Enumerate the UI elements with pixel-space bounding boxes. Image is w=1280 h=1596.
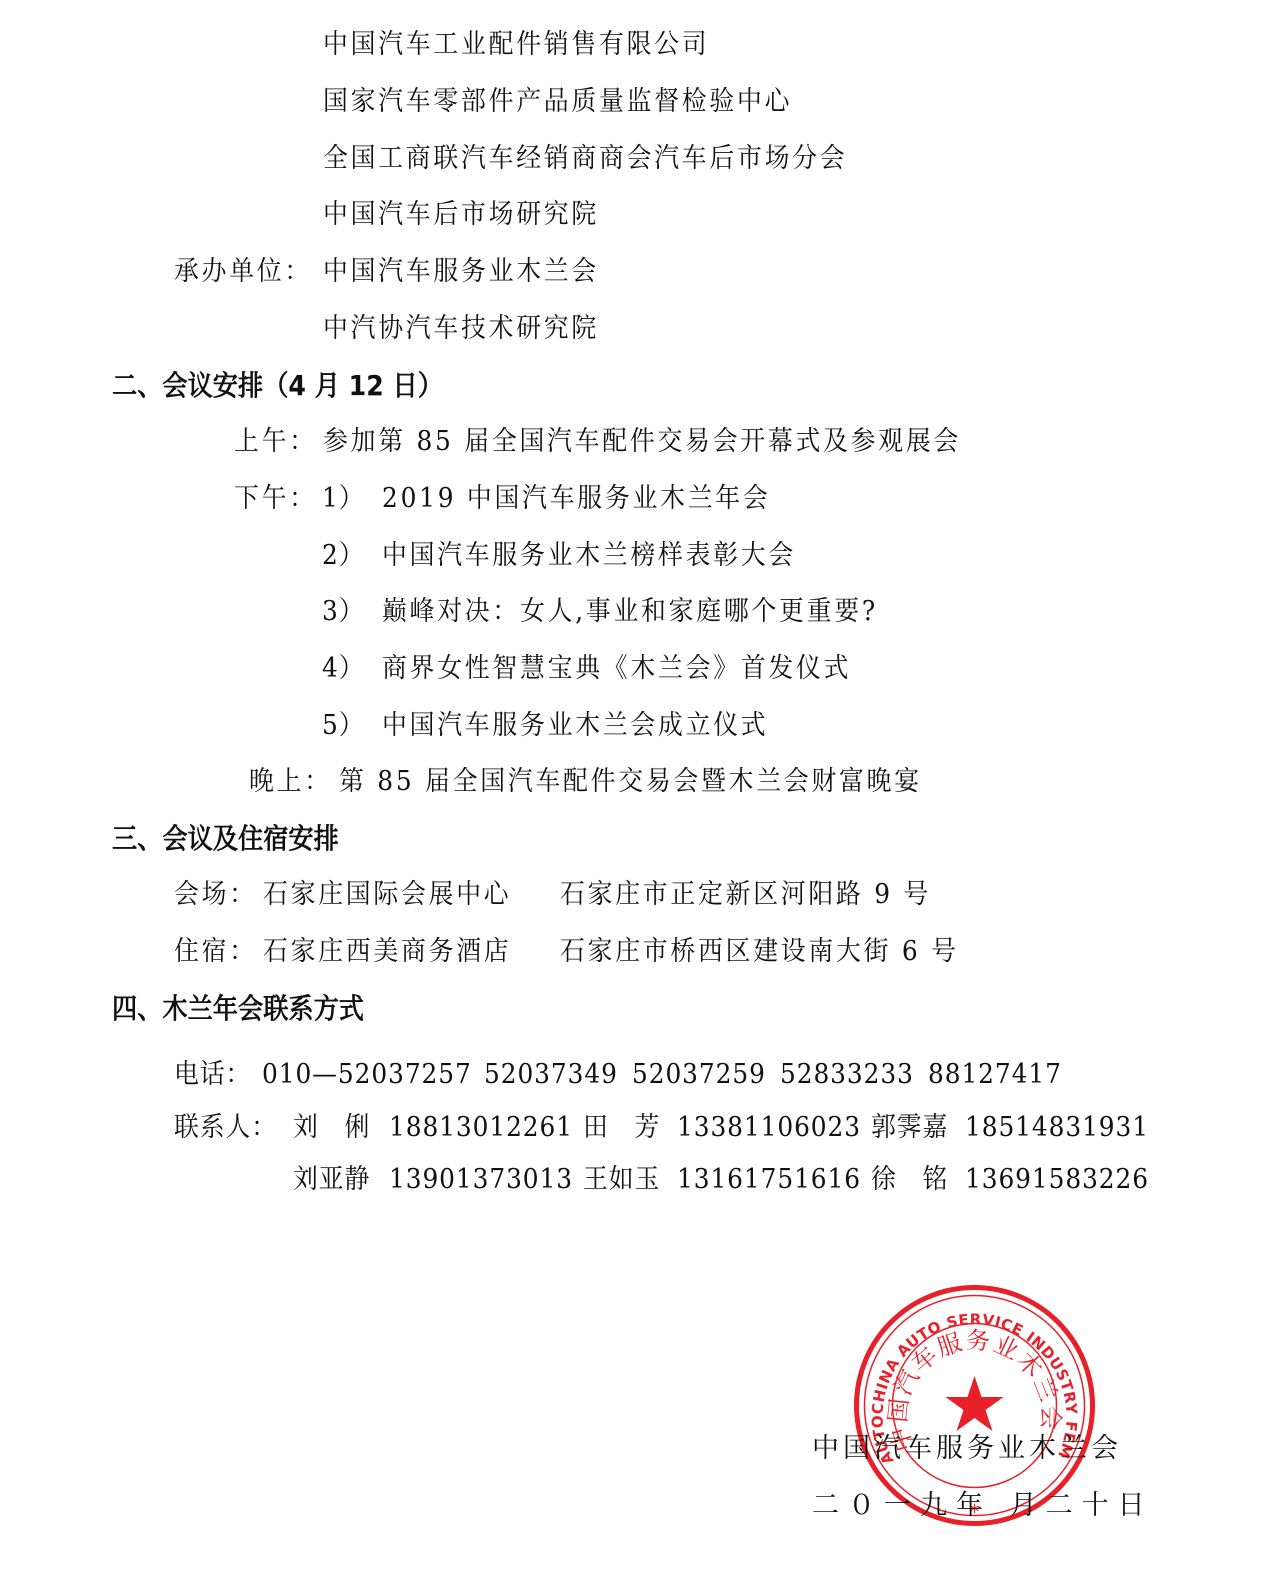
host-unit-line: 中汽协汽车技术研究院	[323, 312, 599, 346]
lodging-name: 石家庄西美商务酒店	[263, 935, 511, 969]
phone-number: 52037259	[632, 1058, 766, 1092]
contact-phone: 13161751616	[677, 1163, 861, 1197]
evening-label: 晚上：	[249, 765, 332, 799]
agenda-item: 巅峰对决：女人,事业和家庭哪个更重要?	[382, 595, 878, 629]
phone-number: 010—52037257	[262, 1058, 472, 1092]
organizer-line: 中国汽车后市场研究院	[323, 198, 599, 232]
afternoon-label: 下午：	[234, 482, 317, 516]
phone-number: 88127417	[928, 1058, 1062, 1092]
agenda-item: 2019 中国汽车服务业木兰年会	[382, 482, 771, 516]
agenda-number: 1）	[322, 482, 364, 516]
lodging-address: 石家庄市桥西区建设南大街 6 号	[560, 935, 959, 969]
agenda-number: 4）	[322, 652, 364, 686]
evening-text: 第 85 届全国汽车配件交易会暨木兰会财富晚宴	[339, 765, 922, 799]
signature-org: 中国汽车服务业木兰会	[812, 1432, 1122, 1466]
agenda-item: 商界女性智慧宝典《木兰会》首发仪式	[382, 652, 851, 686]
lodging-label: 住宿：	[174, 935, 257, 969]
contact-name: 刘亚静	[293, 1163, 370, 1197]
venue-address: 石家庄市正定新区河阳路 9 号	[560, 878, 931, 912]
host-unit-line: 中国汽车服务业木兰会	[323, 255, 599, 289]
section-heading-venue: 三、会议及住宿安排	[112, 822, 339, 856]
venue-name: 石家庄国际会展中心	[263, 878, 511, 912]
contact-name: 王如玉	[583, 1163, 660, 1197]
organizer-line: 全国工商联汽车经销商商会汽车后市场分会	[323, 142, 847, 176]
contact-phone: 18813012261	[389, 1111, 573, 1145]
phone-number: 52037349	[484, 1058, 618, 1092]
contact-name: 刘 俐	[293, 1111, 370, 1145]
organizer-line: 中国汽车工业配件销售有限公司	[323, 28, 709, 62]
phone-label: 电话：	[174, 1058, 251, 1092]
morning-label: 上午：	[234, 425, 317, 459]
contact-phone: 13691583226	[965, 1163, 1149, 1197]
agenda-number: 5）	[322, 709, 364, 743]
signature-date: 二０一九年 月二十日	[812, 1489, 1154, 1523]
agenda-item: 中国汽车服务业木兰榜样表彰大会	[382, 539, 796, 573]
host-units-label: 承办单位：	[174, 255, 312, 289]
organizer-line: 国家汽车零部件产品质量监督检验中心	[323, 85, 792, 119]
section-heading-contact: 四、木兰年会联系方式	[112, 992, 364, 1026]
contacts-label: 联系人：	[174, 1111, 277, 1145]
document-page: 中国汽车工业配件销售有限公司 国家汽车零部件产品质量监督检验中心 全国工商联汽车…	[0, 0, 1280, 1596]
contact-phone: 13901373013	[389, 1163, 573, 1197]
agenda-number: 3）	[322, 595, 364, 629]
agenda-number: 2）	[322, 539, 364, 573]
contact-name: 徐 铭	[871, 1163, 948, 1197]
star-icon	[946, 1376, 1004, 1431]
contact-name: 田 芳	[583, 1111, 660, 1145]
phone-number: 52833233	[780, 1058, 914, 1092]
morning-text: 参加第 85 届全国汽车配件交易会开幕式及参观展会	[323, 425, 961, 459]
contact-phone: 18514831931	[965, 1111, 1149, 1145]
contact-phone: 13381106023	[677, 1111, 861, 1145]
venue-label: 会场：	[174, 878, 257, 912]
agenda-item: 中国汽车服务业木兰会成立仪式	[382, 709, 768, 743]
contact-name: 郭霁嘉	[871, 1111, 948, 1145]
section-heading-schedule: 二、会议安排（4 月 12 日）	[112, 369, 443, 403]
